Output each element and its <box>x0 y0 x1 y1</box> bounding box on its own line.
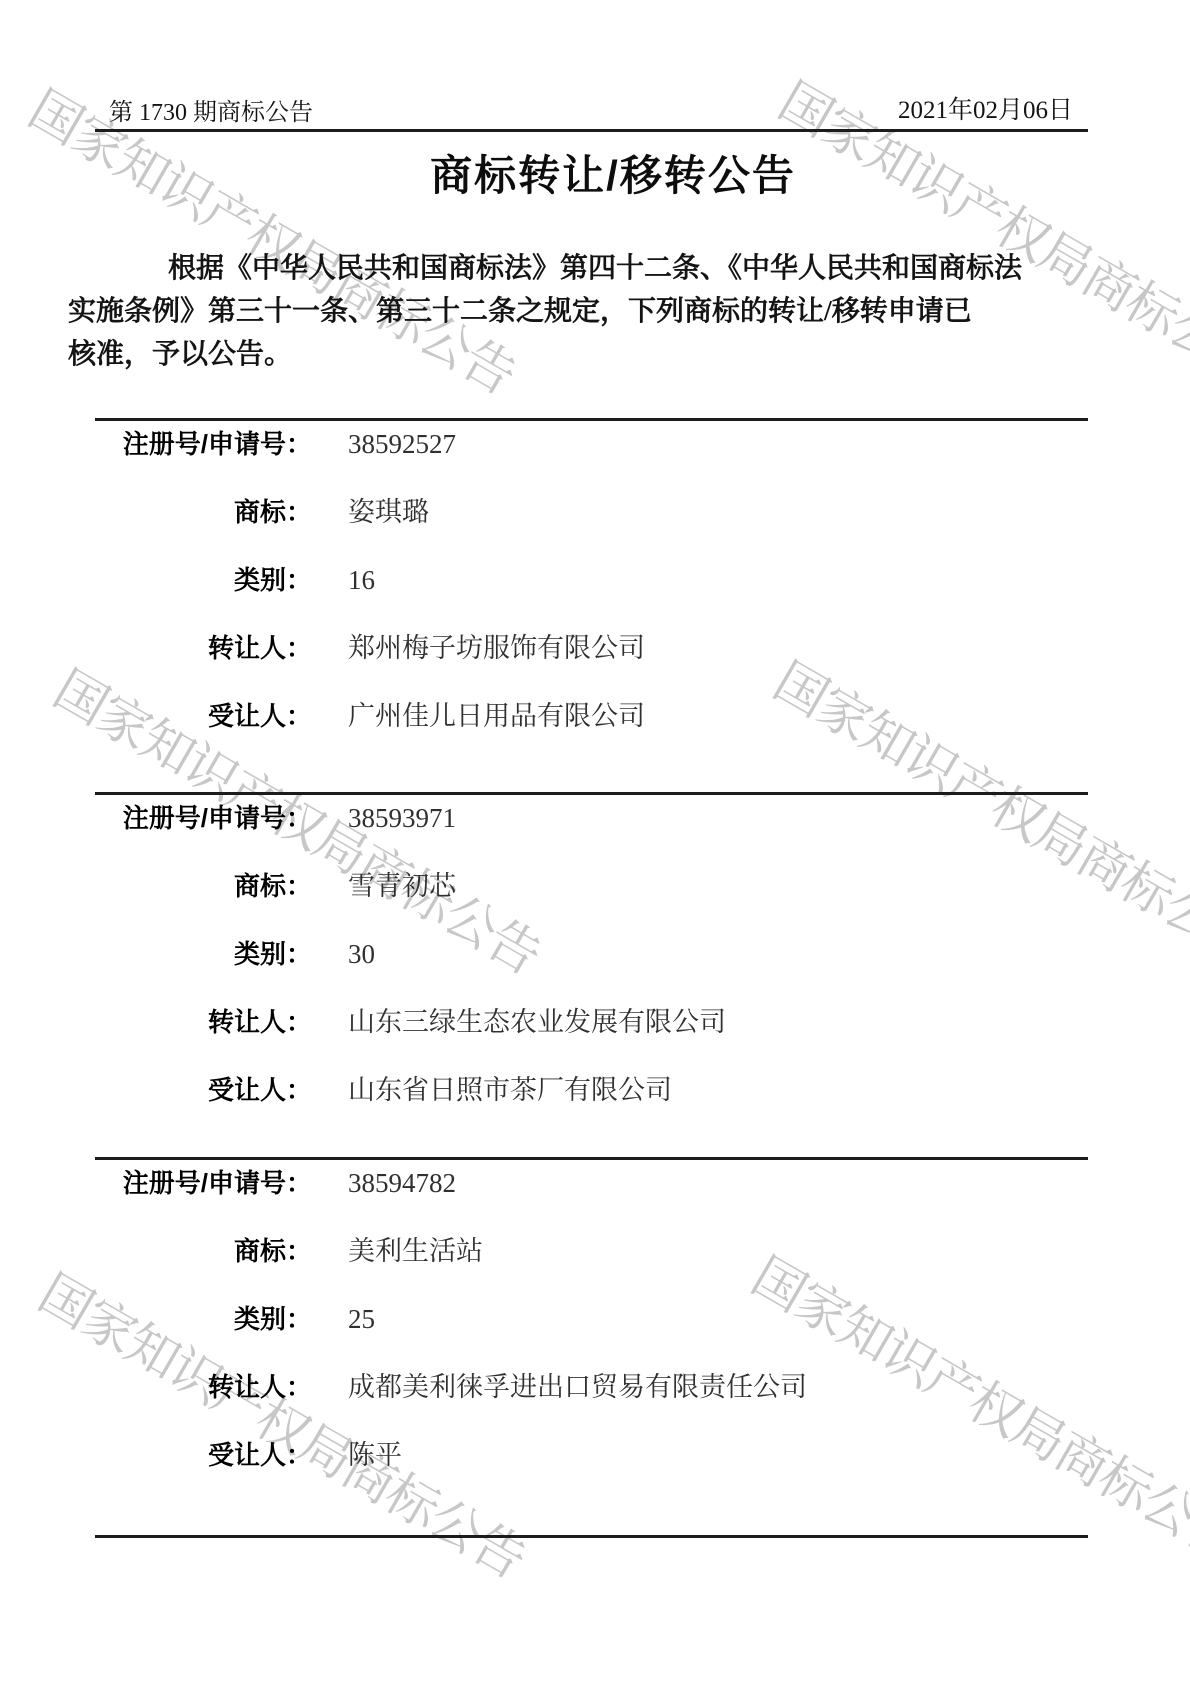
trademark-label: 商标： <box>95 498 312 526</box>
record-divider-rule <box>95 1157 1088 1160</box>
class-value: 30 <box>348 940 375 968</box>
field-row-class: 类别： 30 <box>95 940 1088 966</box>
field-row-class: 类别： 25 <box>95 1305 1088 1331</box>
trademark-record: 注册号/申请号： 38593971 商标： 雪青初芯 类别： 30 转让人： 山… <box>95 792 1088 1144</box>
assignor-value: 山东三绿生态农业发展有限公司 <box>348 1008 726 1036</box>
reg-no-label: 注册号/申请号： <box>95 430 312 458</box>
field-row-assignor: 转让人： 郑州梅子坊服饰有限公司 <box>95 634 1088 660</box>
trademark-record: 注册号/申请号： 38592527 商标： 姿琪璐 类别： 16 转让人： 郑州… <box>95 418 1088 770</box>
trademark-label: 商标： <box>95 872 312 900</box>
gazette-issue-number: 第 1730 期商标公告 <box>109 92 313 127</box>
title-row: 商标转让/移转公告 <box>0 143 1190 203</box>
trademark-value: 雪青初芯 <box>348 872 456 900</box>
field-row-reg-no: 注册号/申请号： 38592527 <box>95 430 1088 456</box>
field-row-trademark: 商标： 美利生活站 <box>95 1237 1088 1263</box>
intro-line-3: 核准，予以公告。 <box>68 333 1028 376</box>
assignor-label: 转让人： <box>95 634 312 662</box>
assignor-value: 郑州梅子坊服饰有限公司 <box>348 634 645 662</box>
assignee-value: 广州佳儿日用品有限公司 <box>348 702 645 730</box>
page-header: 第 1730 期商标公告 2021年02月06日 <box>95 88 1088 122</box>
class-label: 类别： <box>95 1305 312 1333</box>
trademark-value: 姿琪璐 <box>348 498 429 526</box>
class-value: 16 <box>348 566 375 594</box>
class-value: 25 <box>348 1305 375 1333</box>
assignor-value: 成都美利徕孚进出口贸易有限责任公司 <box>348 1373 807 1401</box>
reg-no-value: 38592527 <box>348 430 456 458</box>
field-row-trademark: 商标： 雪青初芯 <box>95 872 1088 898</box>
page-title: 商标转让/移转公告 <box>430 152 796 199</box>
field-row-class: 类别： 16 <box>95 566 1088 592</box>
class-label: 类别： <box>95 566 312 594</box>
field-row-assignee: 受让人： 广州佳儿日用品有限公司 <box>95 702 1088 728</box>
record-divider-rule <box>95 418 1088 421</box>
trademark-value: 美利生活站 <box>348 1237 483 1265</box>
assignor-label: 转让人： <box>95 1373 312 1401</box>
reg-no-label: 注册号/申请号： <box>95 1169 312 1197</box>
field-row-assignee: 受让人： 山东省日照市茶厂有限公司 <box>95 1076 1088 1102</box>
gazette-page: 国家知识产权局商标公告 国家知识产权局商标公告 国家知识产权局商标公告 国家知识… <box>0 0 1190 1698</box>
reg-no-value: 38594782 <box>348 1169 456 1197</box>
field-row-trademark: 商标： 姿琪璐 <box>95 498 1088 524</box>
reg-no-value: 38593971 <box>348 804 456 832</box>
field-row-assignee: 受让人： 陈平 <box>95 1441 1088 1467</box>
assignee-value: 山东省日照市茶厂有限公司 <box>348 1076 672 1104</box>
trademark-label: 商标： <box>95 1237 312 1265</box>
field-row-assignor: 转让人： 成都美利徕孚进出口贸易有限责任公司 <box>95 1373 1088 1399</box>
intro-line-2: 实施条例》第三十一条、第三十二条之规定，下列商标的转让/移转申请已 <box>68 290 1028 333</box>
field-row-reg-no: 注册号/申请号： 38594782 <box>95 1169 1088 1195</box>
record-divider-rule <box>95 792 1088 795</box>
assignor-label: 转让人： <box>95 1008 312 1036</box>
assignee-value: 陈平 <box>348 1441 402 1469</box>
page-bottom-rule <box>95 1535 1088 1538</box>
intro-line-1: 根据《中华人民共和国商标法》第四十二条、《中华人民共和国商标法 <box>68 247 1028 290</box>
class-label: 类别： <box>95 940 312 968</box>
gazette-date: 2021年02月06日 <box>898 90 1073 126</box>
assignee-label: 受让人： <box>95 1441 312 1469</box>
intro-paragraph: 根据《中华人民共和国商标法》第四十二条、《中华人民共和国商标法 实施条例》第三十… <box>68 247 1028 376</box>
field-row-reg-no: 注册号/申请号： 38593971 <box>95 804 1088 830</box>
reg-no-label: 注册号/申请号： <box>95 804 312 832</box>
field-row-assignor: 转让人： 山东三绿生态农业发展有限公司 <box>95 1008 1088 1034</box>
assignee-label: 受让人： <box>95 1076 312 1104</box>
header-rule <box>95 129 1088 132</box>
assignee-label: 受让人： <box>95 702 312 730</box>
trademark-record: 注册号/申请号： 38594782 商标： 美利生活站 类别： 25 转让人： … <box>95 1157 1088 1509</box>
